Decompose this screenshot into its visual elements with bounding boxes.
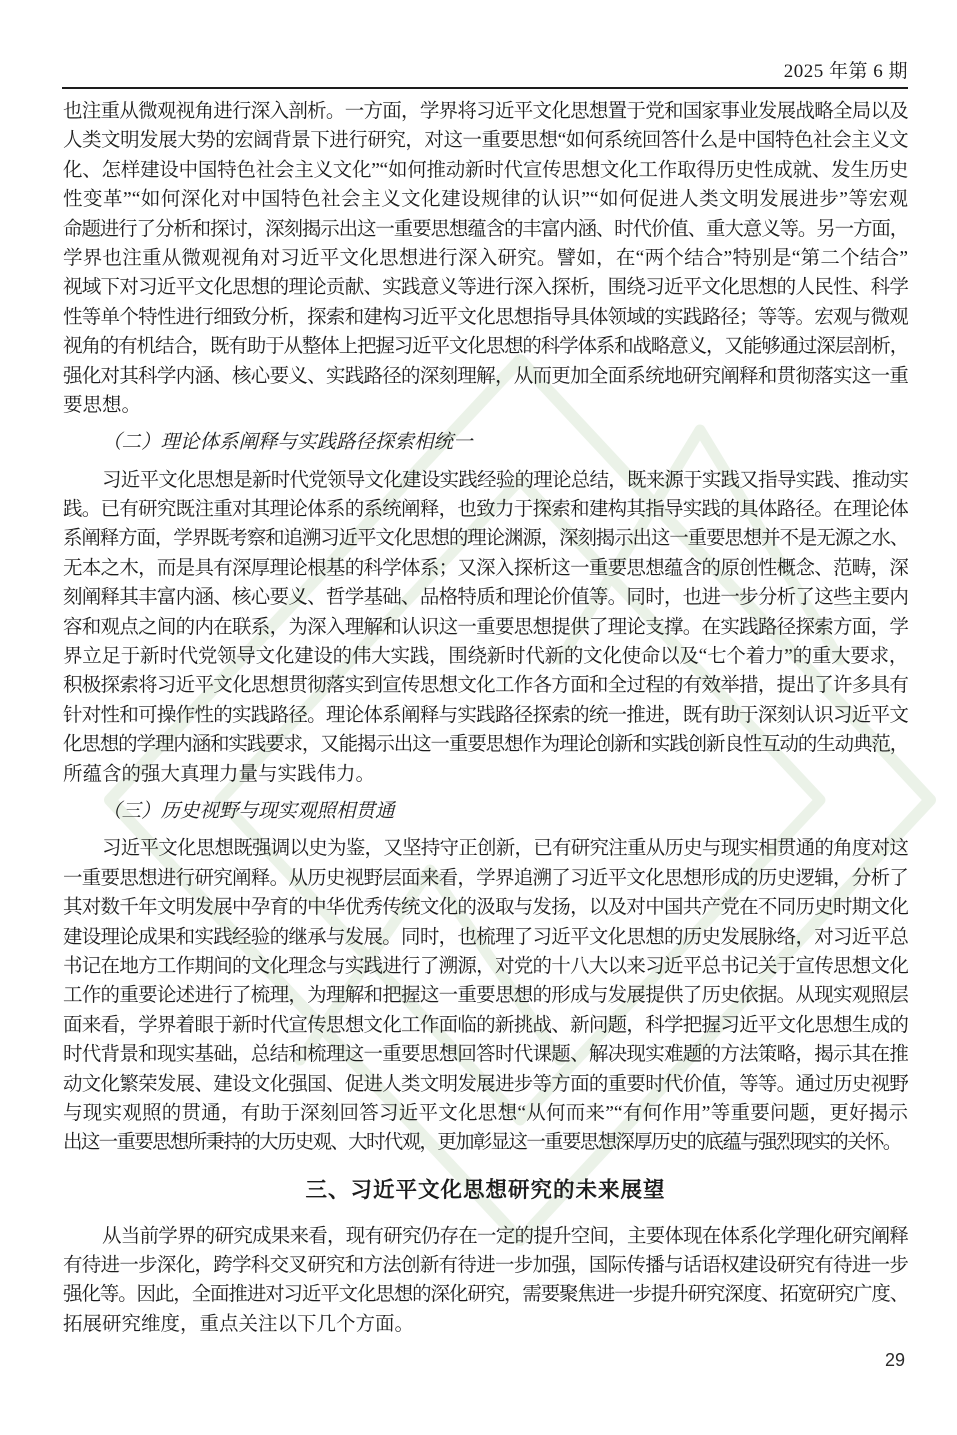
body-line: 一重要思想进行研究阐释。从历史视野层面来看，学界追溯了习近平文化思想形成的历史逻… [63, 864, 908, 893]
section-heading: 三、习近平文化思想研究的未来展望 [63, 1174, 908, 1206]
body-line: 拓展研究维度，重点关注以下几个方面。 [63, 1310, 908, 1339]
body-line: 化思想的学理内涵和实践要求，又能揭示出这一重要思想作为理论创新和实践创新良性互动… [63, 730, 908, 759]
body-line: 刻阐释其丰富内涵、核心要义、哲学基础、品格特质和理论价值等。同时，也进一步分析了… [63, 583, 908, 612]
body-line: 工作的重要论述进行了梳理，为理解和把握这一重要思想的形成与发展提供了历史依据。从… [63, 981, 908, 1010]
body-line: 所蕴含的强大真理力量与实践伟力。 [63, 760, 908, 789]
body-line: 视角的有机结合，既有助于从整体上把握习近平文化思想的科学体系和战略意义，又能够通… [63, 332, 908, 361]
subsection-heading: （三）历史视野与现实观照相贯通 [63, 797, 908, 826]
body-line: 强化等。因此，全面推进对习近平文化思想的深化研究，需要聚焦进一步提升研究深度、拓… [63, 1280, 908, 1309]
body-line: 习近平文化思想既强调以史为鉴，又坚持守正创新，已有研究注重从历史与现实相贯通的角… [63, 834, 908, 863]
body-line: 书记在地方工作期间的文化理念与实践进行了溯源，对党的十八大以来习近平总书记关于宣… [63, 952, 908, 981]
body-line: 建设理论成果和实践经验的继承与发展。同时，也梳理了习近平文化思想的历史发展脉络，… [63, 923, 908, 952]
body-line: 动文化繁荣发展、建设文化强国、促进人类文明发展进步等方面的重要时代价值，等等。通… [63, 1070, 908, 1099]
body-line: 无本之木，而是具有深厚理论根基的科学体系；又深入探析这一重要思想蕴含的原创性概念… [63, 554, 908, 583]
paragraph: 也注重从微观视角进行深入剖析。一方面，学界将习近平文化思想置于党和国家事业发展战… [63, 97, 908, 420]
document-body: 也注重从微观视角进行深入剖析。一方面，学界将习近平文化思想置于党和国家事业发展战… [63, 97, 908, 1339]
body-line: 有待进一步深化，跨学科交叉研究和方法创新有待进一步加强，国际传播与话语权建设研究… [63, 1251, 908, 1280]
body-line: 学界也注重从微观视角对习近平文化思想进行深入研究。譬如，在“两个结合”特别是“第… [63, 244, 908, 273]
journal-issue-label: 2025 年第 6 期 [63, 56, 908, 83]
body-line: 习近平文化思想是新时代党领导文化建设实践经验的理论总结，既来源于实践又指导实践、… [63, 466, 908, 495]
journal-page: { "page": { "background": "#ffffff", "te… [0, 0, 957, 1435]
body-line: 容和观点之间的内在联系，为深入理解和认识这一重要思想提供了理论支撑。在实践路径探… [63, 613, 908, 642]
body-line: 面来看，学界着眼于新时代宣传思想文化工作面临的新挑战、新问题，科学把握习近平文化… [63, 1011, 908, 1040]
body-line: 视域下对习近平文化思想的理论贡献、实践意义等进行深入探析，围绕习近平文化思想的人… [63, 273, 908, 302]
body-line: 与现实观照的贯通，有助于深刻回答习近平文化思想“从何而来”“有何作用”等重要问题… [63, 1099, 908, 1128]
body-line: 积极探索将习近平文化思想贯彻落实到宣传思想文化工作各方面和全过程的有效举措，提出… [63, 671, 908, 700]
paragraph: 习近平文化思想是新时代党领导文化建设实践经验的理论总结，既来源于实践又指导实践、… [63, 466, 908, 789]
paragraph: 从当前学界的研究成果来看，现有研究仍存在一定的提升空间，主要体现在体系化学理化研… [63, 1222, 908, 1340]
body-line: 化、怎样建设中国特色社会主义文化”“如何推动新时代宣传思想文化工作取得历史性成就… [63, 156, 908, 185]
body-line: 从当前学界的研究成果来看，现有研究仍存在一定的提升空间，主要体现在体系化学理化研… [63, 1222, 908, 1251]
subsection-heading: （二）理论体系阐释与实践路径探索相统一 [63, 428, 908, 457]
body-line: 也注重从微观视角进行深入剖析。一方面，学界将习近平文化思想置于党和国家事业发展战… [63, 97, 908, 126]
body-line: 出这一重要思想所秉持的大历史观、大时代观，更加彰显这一重要思想深厚历史的底蕴与强… [63, 1128, 908, 1157]
body-line: 要思想。 [63, 391, 908, 420]
body-line: 性等单个特性进行细致分析，探索和建构习近平文化思想指导具体领域的实践路径；等等。… [63, 303, 908, 332]
body-line: 命题进行了分析和探讨，深刻揭示出这一重要思想蕴含的丰富内涵、时代价值、重大意义等… [63, 215, 908, 244]
header-rule [62, 87, 908, 89]
body-line: 其对数千年文明发展中孕育的中华优秀传统文化的汲取与发扬，以及对中国共产党在不同历… [63, 893, 908, 922]
body-line: 人类文明发展大势的宏阔背景下进行研究，对这一重要思想“如何系统回答什么是中国特色… [63, 126, 908, 155]
page-number: 29 [885, 1350, 905, 1371]
body-line: 践。已有研究既注重对其理论体系的系统阐释，也致力于探索和建构其指导实践的具体路径… [63, 495, 908, 524]
body-line: 性变革”“如何深化对中国特色社会主义文化建设规律的认识”“如何促进人类文明发展进… [63, 185, 908, 214]
body-line: 系阐释方面，学界既考察和追溯习近平文化思想的理论渊源，深刻揭示出这一重要思想并不… [63, 524, 908, 553]
body-line: 针对性和可操作性的实践路径。理论体系阐释与实践路径探索的统一推进，既有助于深刻认… [63, 701, 908, 730]
body-line: 界立足于新时代党领导文化建设的伟大实践，围绕新时代新的文化使命以及“七个着力”的… [63, 642, 908, 671]
body-line: 强化对其科学内涵、核心要义、实践路径的深刻理解，从而更加全面系统地研究阐释和贯彻… [63, 362, 908, 391]
body-line: 时代背景和现实基础，总结和梳理这一重要思想回答时代课题、解决现实难题的方法策略，… [63, 1040, 908, 1069]
paragraph: 习近平文化思想既强调以史为鉴，又坚持守正创新，已有研究注重从历史与现实相贯通的角… [63, 834, 908, 1157]
